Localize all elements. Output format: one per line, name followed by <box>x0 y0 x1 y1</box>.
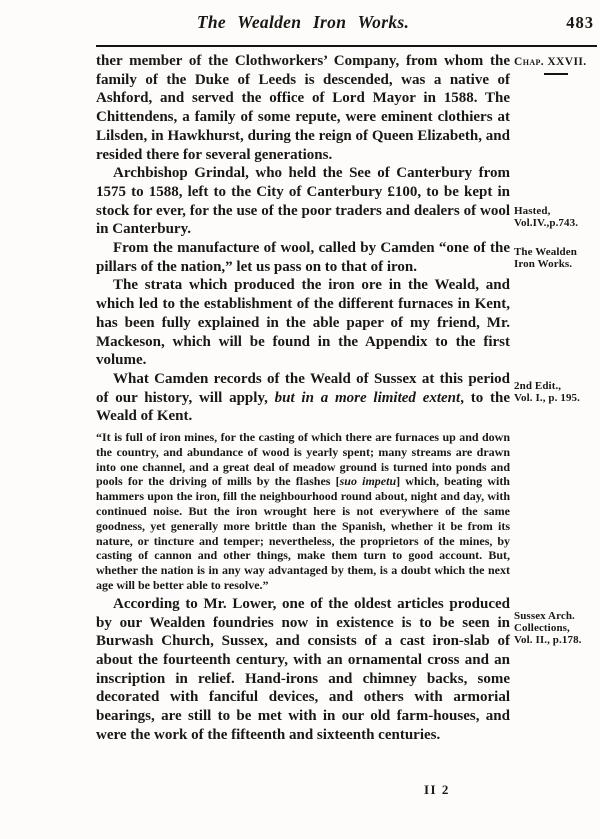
paragraph-1: ther member of the Clothworkers’ Company… <box>96 52 510 164</box>
paragraph-5: What Camden records of the Weald of Suss… <box>96 370 510 426</box>
margin-note-line: Iron Works. <box>514 259 598 271</box>
margin-note-line: Vol. II., p.178. <box>514 635 598 647</box>
paragraph-2: Archbishop Grindal, who held the See of … <box>96 164 510 239</box>
camden-quotation: “It is full of iron mines, for the casti… <box>96 430 510 593</box>
paragraph-4: The strata which produced the iron ore i… <box>96 276 510 370</box>
printer-signature-mark: II 2 <box>424 782 450 798</box>
margin-note-line: Vol. I., p. 195. <box>514 393 598 405</box>
margin-note-section-title: The Wealden Iron Works. <box>514 247 598 271</box>
header-rule <box>96 45 597 47</box>
paragraph-6: According to Mr. Lower, one of the oldes… <box>96 595 510 745</box>
body-text-column: ther member of the Clothworkers’ Company… <box>96 52 510 744</box>
margin-note-edition-reference: 2nd Edit., Vol. I., p. 195. <box>514 381 598 405</box>
margin-note-hasted-reference: Hasted, Vol.IV.,p.743. <box>514 206 598 230</box>
chapter-note-rule <box>544 73 568 75</box>
quotation-italic: suo impetu <box>340 474 397 488</box>
paragraph-5-italic: but in a more limited extent <box>275 390 461 406</box>
page-number: 483 <box>566 13 594 33</box>
quotation-roman-2: ] which, beating with hammers upon the i… <box>96 474 510 592</box>
margin-note-line: Collections, <box>514 623 598 635</box>
margin-note-chapter: Chap. XXVII. <box>514 57 598 75</box>
margin-note-line: Vol.IV.,p.743. <box>514 218 598 230</box>
running-title: The Wealden Iron Works. <box>96 12 510 33</box>
chapter-heading: Chap. XXVII. <box>514 57 598 69</box>
book-page: The Wealden Iron Works. 483 ther member … <box>0 0 600 839</box>
margin-note-sussex-reference: Sussex Arch. Collections, Vol. II., p.17… <box>514 611 598 646</box>
paragraph-3: From the manufacture of wool, called by … <box>96 239 510 276</box>
